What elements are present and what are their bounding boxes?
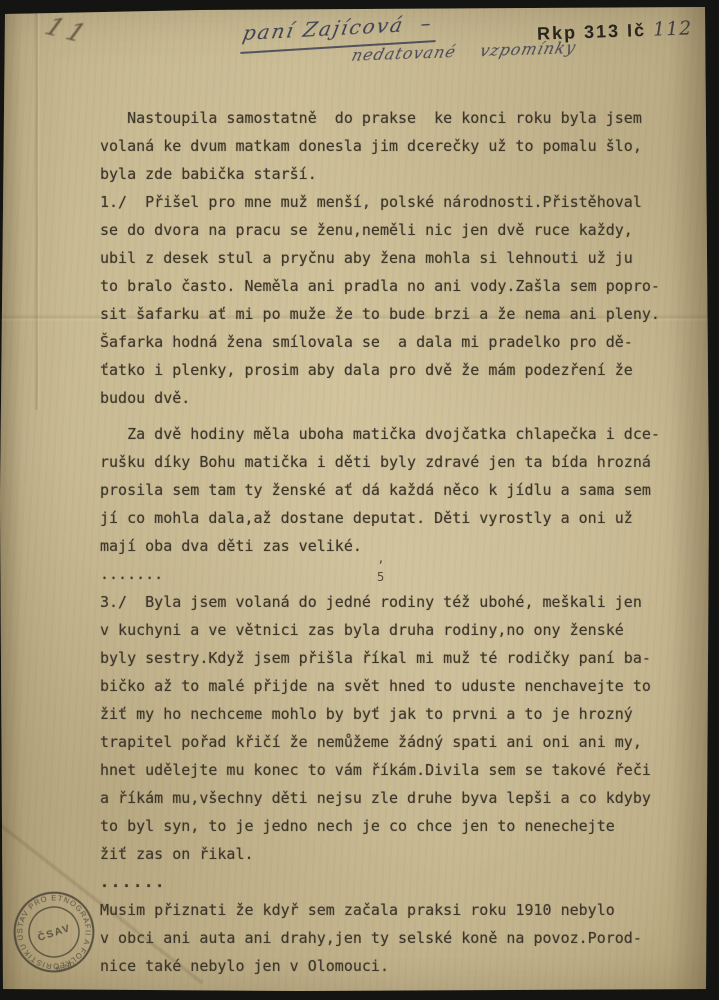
typed-line: Musim přiznati že kdyř sem začala praksi… (100, 896, 675, 924)
stamp-center-text: ČSAV (36, 921, 73, 944)
typed-line: to bralo často. Neměla ani pradla no ani… (100, 272, 675, 300)
typed-line: budou dvě. (100, 384, 675, 412)
typed-line: to byl syn, to je jedno nech je co chce … (100, 812, 675, 840)
paper-sheet: 11 paní Zajícová – nedatované vzpomínky … (0, 0, 719, 1000)
typed-line: žiť zas on řikal. (100, 840, 675, 868)
typed-line: Za dvě hodiny měla uboha matička dvojčat… (100, 420, 675, 448)
typed-line: 1./ Přišel pro mne muž menší, polské nár… (100, 188, 675, 216)
edge-shadow-left (0, 0, 22, 1000)
catalog-stamp-label: Rkp 313 Ič (537, 20, 654, 44)
svg-text:ÚSTAV PRO ETNOGRAFII A FOLKLOR: ÚSTAV PRO ETNOGRAFII A FOLKLORISTIKU (5, 883, 103, 981)
typed-line: jí co mohla dala,až dostane deputat. Dět… (100, 504, 675, 532)
pencil-corner-number: 11 (40, 12, 95, 50)
typed-line: trapitel pořad křičí že nemůžeme žádný s… (100, 728, 675, 756)
separator-dots: ...... (100, 868, 675, 896)
typed-line: Šafarka hodná žena smílovala se a dala m… (100, 328, 675, 356)
typed-text: Nastoupila samostatně do prakse ke konci… (100, 104, 675, 980)
stamp-bottom-text: · BRNO · (51, 959, 79, 974)
typed-line: Nastoupila samostatně do prakse ke konci… (100, 104, 675, 132)
handwritten-name-annotation: paní Zajícová – (241, 11, 435, 45)
typed-line: 3./ Byla jsem volaná do jedné rodiny též… (100, 588, 675, 616)
typed-line: se do dvora na pracu se ženu,neměli nic … (100, 216, 675, 244)
typed-line: nice také nebylo jen v Olomouci. (100, 952, 675, 980)
typed-line: volaná ke dvum matkam donesla jim dcereč… (100, 132, 675, 160)
typed-stray-mark: ʼ5 (377, 561, 384, 583)
edge-shadow-right (669, 0, 709, 1000)
fold-crease-vertical (34, 10, 41, 410)
catalog-stamp: Rkp 313 Ič 112 (537, 17, 693, 44)
stamp-ring-text: ÚSTAV PRO ETNOGRAFII A FOLKLORISTIKU (5, 883, 103, 981)
catalog-number-handwritten: 112 (653, 17, 693, 40)
typed-line: ťatko i plenky, prosim aby dala pro dvě … (100, 356, 675, 384)
typed-line: žiť my ho nechceme mohlo by byť jak to p… (100, 700, 675, 728)
round-archive-stamp: ÚSTAV PRO ETNOGRAFII A FOLKLORISTIKU ČSA… (0, 872, 114, 993)
typed-line: a říkám mu,všechny děti nejsu zle druhe … (100, 784, 675, 812)
scanned-document: 11 paní Zajícová – nedatované vzpomínky … (0, 0, 719, 1000)
typed-line: v kuchyni a ve větnici zas byla druha ro… (100, 616, 675, 644)
typed-line: sit šafarku ať mi po muže že to bude brz… (100, 300, 675, 328)
typed-line: ubil z desek stul a pryčnu aby žena mohl… (100, 244, 675, 272)
typed-line: mají oba dva děti zas veliké. (100, 532, 675, 560)
typed-line: byla zde babička starší. (100, 160, 675, 188)
typed-line: byly sestry.Když jsem přišla říkal mi mu… (100, 644, 675, 672)
typed-line: prosila sem tam ty ženské ať dá každá ně… (100, 476, 675, 504)
typed-line: v obci ani auta ani drahy,jen ty selské … (100, 924, 675, 952)
typed-line: bičko až to malé přijde na svět hned to … (100, 672, 675, 700)
typed-line: rušku díky Bohu matička i děti byly zdra… (100, 448, 675, 476)
typed-line: hnet udělejte mu konec to vám říkám.Divi… (100, 756, 675, 784)
separator-dots: ....... (100, 560, 675, 588)
